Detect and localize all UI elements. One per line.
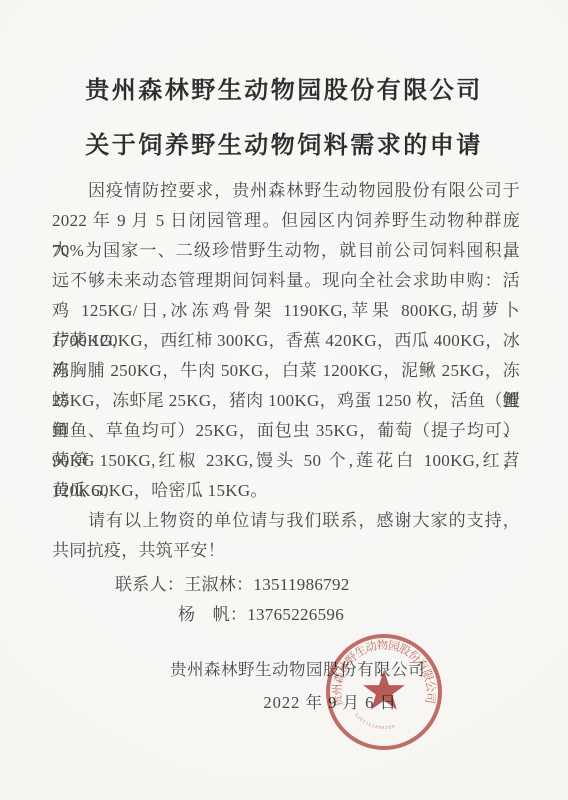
para1-line: 因疫情防控要求，贵州森林野生动物园股份有限公司于 xyxy=(52,176,520,206)
contact-block: 联系人：王淑林：13511986792 杨 帆：13765226596 xyxy=(52,570,520,630)
para1-line: 鸡胸脯 250KG，牛肉 50KG，白菜 1200KG，泥鳅 25KG，冻螃蟹 xyxy=(52,356,520,386)
para1-line: 远不够未来动态管理期间饲料量。现向全社会求助申购：活 xyxy=(52,266,520,296)
para1-line: 黄瓜 60KG，哈密瓜 15KG。 xyxy=(52,476,520,506)
para2-line: 请有以上物资的单位请与我们联系，感谢大家的支持， xyxy=(52,506,520,536)
para1-line: 芹菜 120KG，西红柿 300KG，香蕉 420KG，西瓜 400KG，冰冻 xyxy=(52,326,520,356)
para1-line: 莴笋 150KG,红椒 23KG,馒头 50 个,莲花白 100KG,红苕 12… xyxy=(52,446,520,476)
para1-line: 2022 年 9 月 5 日闭园管理。但园区内饲养野生动物种群庞大， xyxy=(52,206,520,236)
document-body: 因疫情防控要求，贵州森林野生动物园股份有限公司于 2022 年 9 月 5 日闭… xyxy=(0,176,568,720)
para1-line: 70%为国家一、二级珍惜野生动物，就目前公司饲料囤积量 xyxy=(52,236,520,266)
para1-line: 鸡 125KG/日,冰冻鸡骨架 1190KG,苹果 800KG,胡萝卜 1700… xyxy=(52,296,520,326)
signature-company: 贵州森林野生动物园股份有限公司 xyxy=(52,654,425,686)
title-line-2: 关于饲养野生动物饲料需求的申请 xyxy=(0,119,568,174)
para2-line: 共同抗疫，共筑平安！ xyxy=(52,536,520,566)
para1-line: 鲫鱼、草鱼均可）25KG，面包虫 35KG，葡萄（提子均可）90KG， xyxy=(52,416,520,446)
signature-block: 贵州森林野生动物园股份有限公司 2022 年 9 月 6 日 xyxy=(52,654,425,720)
signature-date: 2022 年 9 月 6 日 xyxy=(52,686,425,720)
title-line-1: 贵州森林野生动物园股份有限公司 xyxy=(0,64,568,119)
contact-person-2: 杨 帆：13765226596 xyxy=(52,600,520,630)
contact-person-1: 联系人：王淑林：13511986792 xyxy=(52,570,520,600)
document-title: 贵州森林野生动物园股份有限公司 关于饲养野生动物饲料需求的申请 xyxy=(0,0,568,174)
document-page: 贵州森林野生动物园股份有限公司 关于饲养野生动物饲料需求的申请 因疫情防控要求，… xyxy=(0,0,568,800)
para1-line: 25KG，冻虾尾 25KG，猪肉 100KG，鸡蛋 1250 枚，活鱼（鲤鱼、 xyxy=(52,386,520,416)
